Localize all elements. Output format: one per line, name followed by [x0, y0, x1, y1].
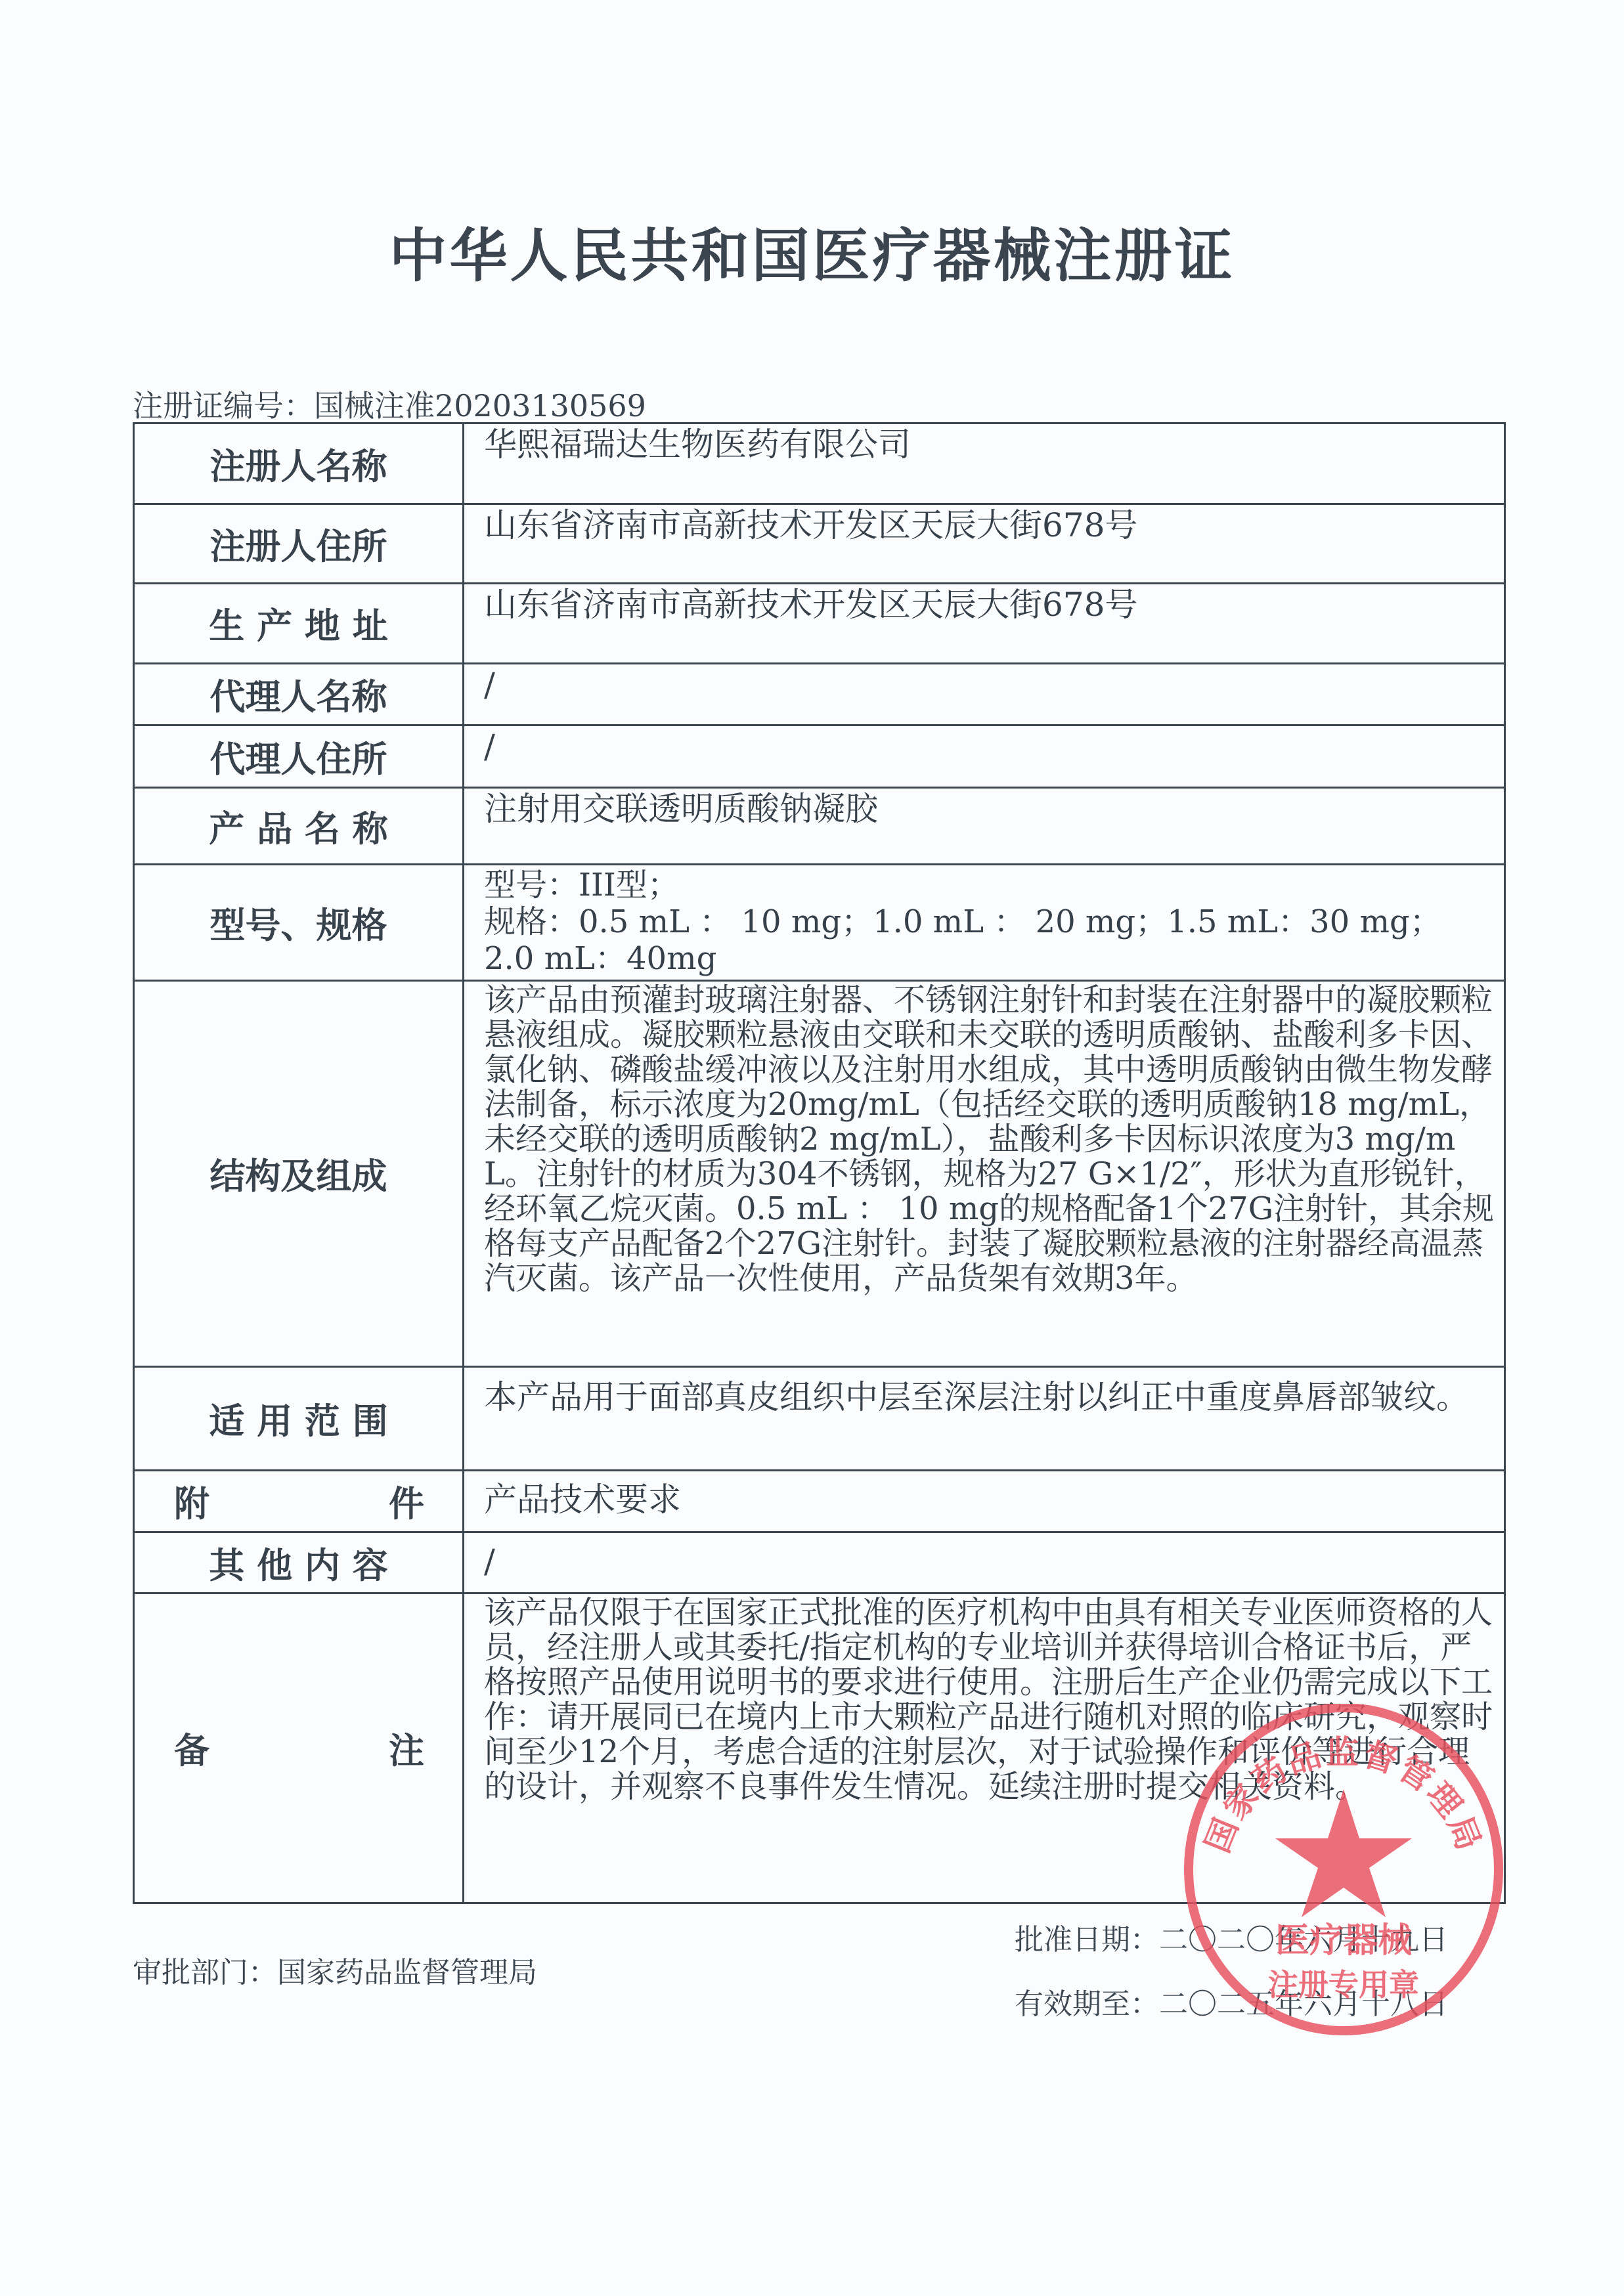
row-label: 注册人名称	[135, 424, 464, 503]
row-value: 产品技术要求	[464, 1471, 1504, 1531]
approval-date: 批准日期：二〇二〇年六月十九日	[1015, 1916, 1448, 1958]
table-row-structure: 结构及组成 该产品由预灌封玻璃注射器、不锈钢注射针和封装在注射器中的凝胶颗粒悬液…	[135, 980, 1504, 1366]
row-value: /	[464, 726, 1504, 787]
row-value: 注射用交联透明质酸钠凝胶	[464, 789, 1504, 863]
row-value: /	[464, 1533, 1504, 1592]
row-label: 型号、规格	[135, 865, 464, 980]
table-row-product-name: 产 品 名 称 注射用交联透明质酸钠凝胶	[135, 787, 1504, 863]
row-label: 注册人住所	[135, 505, 464, 582]
spec-line-cont: 2.0 mL：40mg	[484, 940, 1495, 977]
table-row-registrant-address: 注册人住所 山东省济南市高新技术开发区天辰大街678号	[135, 503, 1504, 582]
table-row-other: 其 他 内 容 /	[135, 1531, 1504, 1592]
registration-number-label: 注册证编号：	[133, 388, 314, 423]
row-label: 生 产 地 址	[135, 584, 464, 662]
spec-line: 规格：0.5 mL ： 10 mg；1.0 mL ： 20 mg；1.5 mL：…	[484, 903, 1495, 940]
row-label: 产 品 名 称	[135, 789, 464, 863]
table-row-registrant-name: 注册人名称 华熙福瑞达生物医药有限公司	[135, 424, 1504, 503]
certificate-title: 中华人民共和国医疗器械注册证	[0, 210, 1624, 293]
row-value: 山东省济南市高新技术开发区天辰大街678号	[464, 505, 1504, 582]
row-label: 适 用 范 围	[135, 1368, 464, 1469]
row-label: 结构及组成	[135, 982, 464, 1366]
row-value: 该产品由预灌封玻璃注射器、不锈钢注射针和封装在注射器中的凝胶颗粒悬液组成。凝胶颗…	[464, 982, 1504, 1366]
row-value: 该产品仅限于在国家正式批准的医疗机构中由具有相关专业医师资格的人员，经注册人或其…	[464, 1594, 1504, 1902]
row-value: 华熙福瑞达生物医药有限公司	[464, 424, 1504, 503]
expiry-date: 有效期至：二〇二五年六月十八日	[1015, 1980, 1448, 2022]
row-value: /	[464, 664, 1504, 724]
row-label: 其 他 内 容	[135, 1533, 464, 1592]
row-value: 本产品用于面部真皮组织中层至深层注射以纠正中重度鼻唇部皱纹。	[464, 1368, 1504, 1469]
model-line: 型号：III型；	[484, 867, 1495, 903]
row-label-left: 附	[174, 1476, 209, 1527]
table-row-agent-name: 代理人名称 /	[135, 662, 1504, 724]
row-label: 代理人住所	[135, 726, 464, 787]
table-row-agent-address: 代理人住所 /	[135, 724, 1504, 787]
row-value: 型号：III型； 规格：0.5 mL ： 10 mg；1.0 mL ： 20 m…	[464, 865, 1504, 980]
table-row-remarks: 备 注 该产品仅限于在国家正式批准的医疗机构中由具有相关专业医师资格的人员，经注…	[135, 1592, 1504, 1902]
table-row-model-spec: 型号、规格 型号：III型； 规格：0.5 mL ： 10 mg；1.0 mL …	[135, 863, 1504, 980]
row-label: 备 注	[135, 1594, 464, 1902]
certificate-table: 注册人名称 华熙福瑞达生物医药有限公司 注册人住所 山东省济南市高新技术开发区天…	[133, 422, 1506, 1904]
table-row-scope: 适 用 范 围 本产品用于面部真皮组织中层至深层注射以纠正中重度鼻唇部皱纹。	[135, 1366, 1504, 1469]
registration-number-value: 国械注准20203130569	[314, 388, 646, 423]
table-row-production-address: 生 产 地 址 山东省济南市高新技术开发区天辰大街678号	[135, 582, 1504, 662]
row-label-right: 件	[389, 1476, 424, 1527]
row-label: 附 件	[135, 1471, 464, 1531]
row-value: 山东省济南市高新技术开发区天辰大街678号	[464, 584, 1504, 662]
row-label: 代理人名称	[135, 664, 464, 724]
row-label-left: 备	[174, 1723, 209, 1773]
row-label-right: 注	[389, 1723, 424, 1773]
table-row-attachment: 附 件 产品技术要求	[135, 1469, 1504, 1531]
approval-department: 审批部门：国家药品监督管理局	[133, 1949, 537, 1991]
registration-number: 注册证编号：国械注准20203130569	[133, 382, 646, 425]
